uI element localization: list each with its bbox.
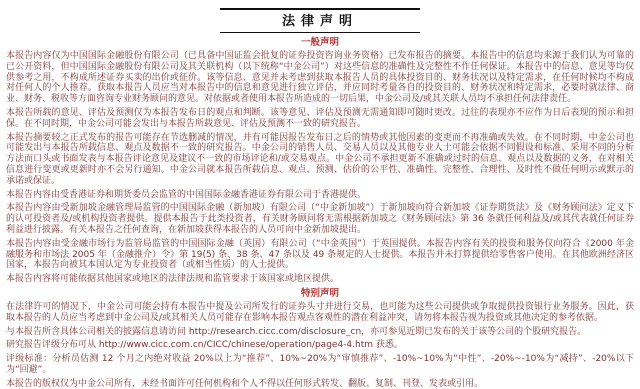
title-block: 法律声明 bbox=[220, 8, 420, 33]
special-paragraph-conflict: 在法律许可的情况下，中金公司可能会持有本报告中提及公司所发行的证券头寸并进行交易… bbox=[6, 302, 634, 324]
page-title: 法律声明 bbox=[220, 8, 420, 33]
disclosure-prefix: 与本报告所含具体公司相关的披露信息请访问 bbox=[6, 327, 189, 337]
general-paragraph-1: 本报告内容仅为中国国际金融股份有限公司（已具备中国证监会批复的证券投资咨询业务资… bbox=[6, 51, 634, 105]
legal-disclaimer-page: 法律声明 一般声明 本报告内容仅为中国国际金融股份有限公司（已具备中国证监会批复… bbox=[0, 0, 640, 389]
special-paragraph-rating-criteria: 评级标准：分析员估测 12 个月之内绝对收益 20%以上为“推荐”、10%~20… bbox=[6, 354, 634, 376]
section-heading-general: 一般声明 bbox=[6, 37, 634, 48]
special-paragraph-rating-distribution: 研究报告评级分布可从 http://www.cicc.com.cn/CICC/c… bbox=[6, 340, 634, 351]
disclosure-url-link[interactable]: http://research.cicc.com/disclosure_cn bbox=[189, 327, 361, 337]
disclosure-suffix: ，亦可参见近期已发布的关于该等公司的个股研究报告。 bbox=[361, 327, 586, 337]
special-paragraph-copyright: 本报告的版权仅为中金公司所有，未经书面许可任何机构和个人不得以任何形式转发、翻版… bbox=[6, 379, 634, 389]
section-heading-special: 特别声明 bbox=[6, 288, 634, 299]
general-paragraph-3: 本报告摘要较之正式发布的报告可能存在节选删减的情况，并有可能因报告发布日之后的情… bbox=[6, 133, 634, 187]
general-paragraph-2: 本报告所载的意见、评估及预测仅为本报告发布日的观点和判断。该等意见、评估及预测无… bbox=[6, 108, 634, 130]
rating-distribution-suffix: 获悉。 bbox=[373, 340, 403, 350]
rating-distribution-url-link[interactable]: http://www.cicc.com.cn/CICC/chinese/oper… bbox=[99, 340, 373, 350]
general-paragraph-hongkong: 本报告内容由受香港证券和期货委员会监管的中国国际金融香港证券有限公司于香港提供。 bbox=[6, 190, 634, 201]
special-paragraph-disclosure: 与本报告所含具体公司相关的披露信息请访问 http://research.cic… bbox=[6, 327, 634, 338]
general-paragraph-other-regions: 本报告内容将可能依据其他国家或地区的法律法规和监管要求于该国家或地区提供。 bbox=[6, 274, 634, 285]
general-paragraph-uk: 本报告内容由受金融市场行为监管局监管的中国国际金融（英国）有限公司（“中金英国”… bbox=[6, 239, 634, 271]
rating-distribution-prefix: 研究报告评级分布可从 bbox=[6, 340, 99, 350]
general-paragraph-singapore: 本报告内容由受新加坡金融管理局监管的中国国际金融（新加坡）有限公司（“中金新加坡… bbox=[6, 203, 634, 235]
